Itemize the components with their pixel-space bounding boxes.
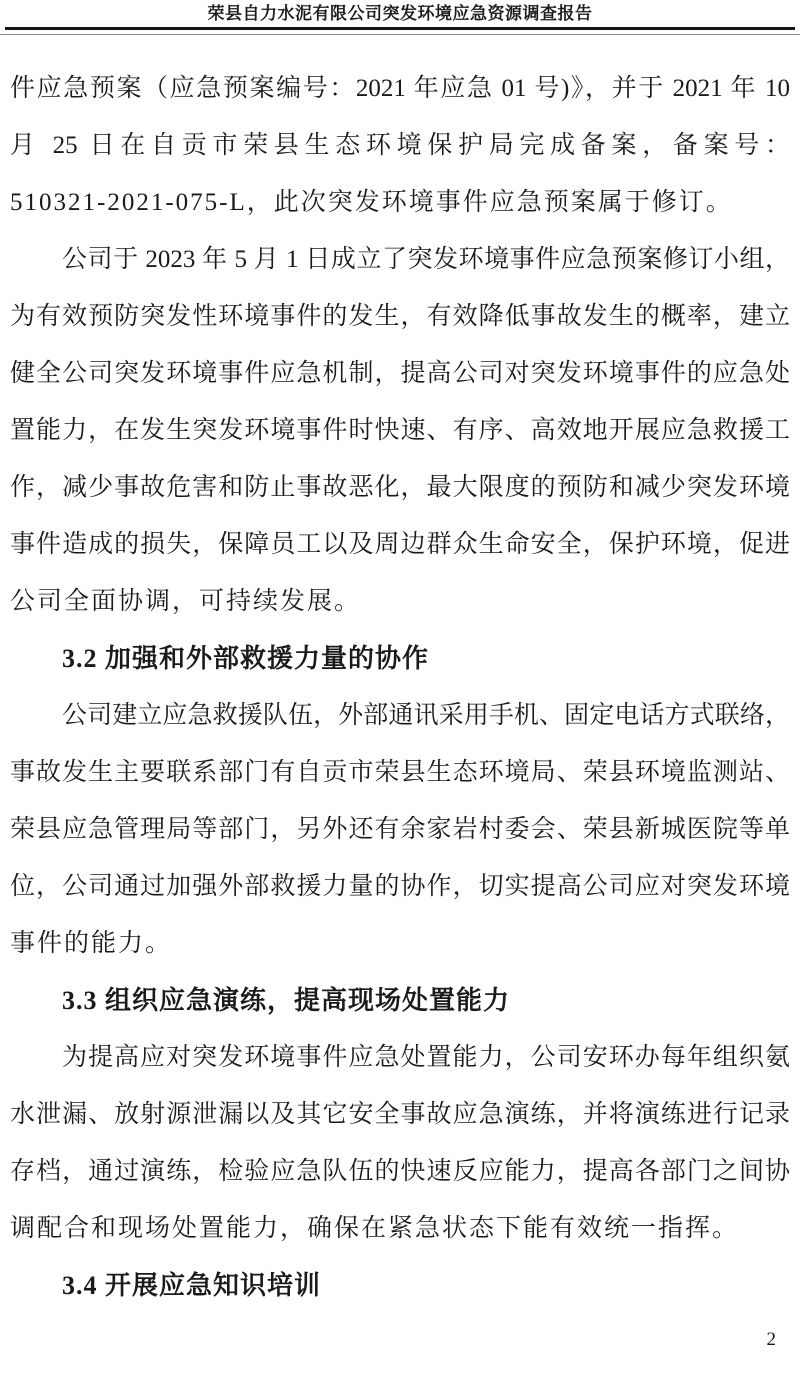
text-line: 为提高应对突发环境事件应急处置能力，公司安环办每年组织氨	[10, 1029, 790, 1086]
page-header: 荣县自力水泥有限公司突发环境应急资源调查报告	[0, 0, 800, 35]
text-line: 公司建立应急救援队伍，外部通讯采用手机、固定电话方式联络，	[10, 687, 790, 744]
text-line: 510321-2021-075-L，此次突发环境事件应急预案属于修订。	[10, 174, 790, 231]
page-header-title: 荣县自力水泥有限公司突发环境应急资源调查报告	[0, 3, 800, 24]
text-line: 事故发生主要联系部门有自贡市荣县生态环境局、荣县环境监测站、	[10, 744, 790, 801]
text-line: 事件造成的损失，保障员工以及周边群众生命安全，保护环境，促进	[10, 516, 790, 573]
text-line: 事件的能力。	[10, 915, 790, 972]
text-line: 月 25 日在自贡市荣县生态环境保护局完成备案，备案号：	[10, 117, 790, 174]
text-line: 荣县应急管理局等部门，另外还有余家岩村委会、荣县新城医院等单	[10, 801, 790, 858]
text-line: 为有效预防突发性环境事件的发生，有效降低事故发生的概率，建立	[10, 288, 790, 345]
section-heading: 3.2 加强和外部救援力量的协作	[10, 630, 790, 687]
section-heading: 3.4 开展应急知识培训	[10, 1257, 790, 1314]
text-line: 作，减少事故危害和防止事故恶化，最大限度的预防和减少突发环境	[10, 459, 790, 516]
text-line: 件应急预案（应急预案编号：2021 年应急 01 号)》，并于 2021 年 1…	[10, 60, 790, 117]
text-line: 位，公司通过加强外部救援力量的协作，切实提高公司应对突发环境	[10, 858, 790, 915]
section-heading: 3.3 组织应急演练，提高现场处置能力	[10, 972, 790, 1029]
header-rule-thick	[5, 27, 795, 30]
text-line: 健全公司突发环境事件应急机制，提高公司对突发环境事件的应急处	[10, 345, 790, 402]
text-line: 水泄漏、放射源泄漏以及其它安全事故应急演练，并将演练进行记录	[10, 1086, 790, 1143]
text-line: 公司全面协调，可持续发展。	[10, 573, 790, 630]
header-rule-thin	[0, 34, 800, 35]
document-page: 荣县自力水泥有限公司突发环境应急资源调查报告 件应急预案（应急预案编号：2021…	[0, 0, 800, 1382]
text-line: 存档，通过演练，检验应急队伍的快速反应能力，提高各部门之间协	[10, 1143, 790, 1200]
text-line: 调配合和现场处置能力，确保在紧急状态下能有效统一指挥。	[10, 1200, 790, 1257]
text-line: 置能力，在发生突发环境事件时快速、有序、高效地开展应急救援工	[10, 402, 790, 459]
text-line: 公司于 2023 年 5 月 1 日成立了突发环境事件应急预案修订小组，	[10, 231, 790, 288]
page-number: 2	[767, 1328, 777, 1352]
document-body: 件应急预案（应急预案编号：2021 年应急 01 号)》，并于 2021 年 1…	[10, 60, 790, 1314]
